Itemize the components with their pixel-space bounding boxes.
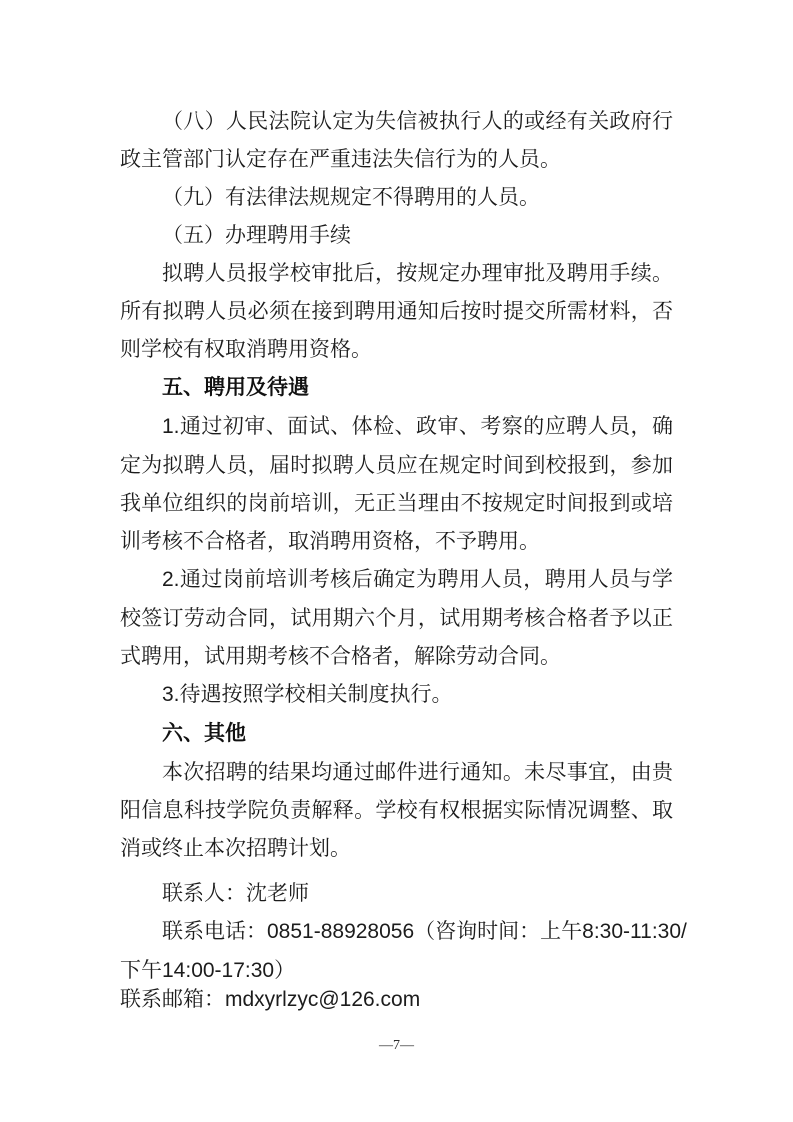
text-segment: 1. [162,415,180,438]
text-segment: 下午 [120,958,162,982]
paragraph: 1.通过初审、面试、体检、政审、考察的应聘人员，确定为拟聘人员，届时拟聘人员应在… [120,407,673,560]
text-segment: 联系人：沈老师 [162,881,309,905]
text-segment: 3. [162,683,180,706]
paragraph: （九）有法律法规规定不得聘用的人员。 [120,178,673,216]
text-segment: 2. [162,568,180,591]
paragraph: 拟聘人员报学校审批后，按规定办理审批及聘用手续。所有拟聘人员必须在接到聘用通知后… [120,254,673,368]
text-segment: 通过岗前培训考核后确定为聘用人员，聘用人员与学校签订劳动合同，试用期六个月，试用… [120,567,673,668]
text-segment: 联系邮箱： [120,987,225,1011]
text-segment: 五、聘用及待遇 [162,375,309,399]
paragraph: （五）办理聘用手续 [120,216,673,254]
paragraph: 联系邮箱：mdxyrlzyc@126.com [120,984,673,1015]
text-segment: 联系电话： [162,919,267,943]
text-segment: （九）有法律法规规定不得聘用的人员。 [162,185,540,209]
text-segment: 14:00-17:30 [162,959,274,982]
section-heading: 六、其他 [120,714,673,753]
text-segment: 拟聘人员报学校审批后，按规定办理审批及聘用手续。所有拟聘人员必须在接到聘用通知后… [120,261,673,361]
text-segment: 8:30-11:30/ [582,920,687,943]
text-segment: （五）办理聘用手续 [162,223,351,247]
text-segment: ） [274,958,295,982]
paragraph: 联系人：沈老师 [120,874,673,912]
text-segment: 六、其他 [162,721,246,745]
page-footer: —7— [0,1036,793,1056]
paragraph: 联系电话：0851-88928056（咨询时间：上午8:30-11:30/下午1… [120,912,673,990]
text-segment: 本次招聘的结果均通过邮件进行通知。未尽事宜，由贵阳信息科技学院负责解释。学校有权… [120,760,673,860]
text-segment: 0851-88928056 [267,920,414,943]
paragraph: 2.通过岗前培训考核后确定为聘用人员，聘用人员与学校签订劳动合同，试用期六个月，… [120,560,673,675]
text-segment: mdxyrlzyc@126.com [225,988,420,1011]
text-segment: （咨询时间：上午 [414,919,582,943]
document-body: （八）人民法院认定为失信被执行人的或经有关政府行政主管部门认定存在严重违法失信行… [120,102,673,1015]
paragraph: 3.待遇按照学校相关制度执行。 [120,675,673,714]
page-number: —7— [379,1038,414,1053]
text-segment: 待遇按照学校相关制度执行。 [180,682,453,706]
paragraph: （八）人民法院认定为失信被执行人的或经有关政府行政主管部门认定存在严重违法失信行… [120,102,673,178]
document-page: （八）人民法院认定为失信被执行人的或经有关政府行政主管部门认定存在严重违法失信行… [0,0,793,1122]
paragraph: 本次招聘的结果均通过邮件进行通知。未尽事宜，由贵阳信息科技学院负责解释。学校有权… [120,753,673,867]
section-heading: 五、聘用及待遇 [120,368,673,407]
text-segment: （八）人民法院认定为失信被执行人的或经有关政府行政主管部门认定存在严重违法失信行… [120,109,673,171]
text-segment: 通过初审、面试、体检、政审、考察的应聘人员，确定为拟聘人员，届时拟聘人员应在规定… [120,414,673,553]
